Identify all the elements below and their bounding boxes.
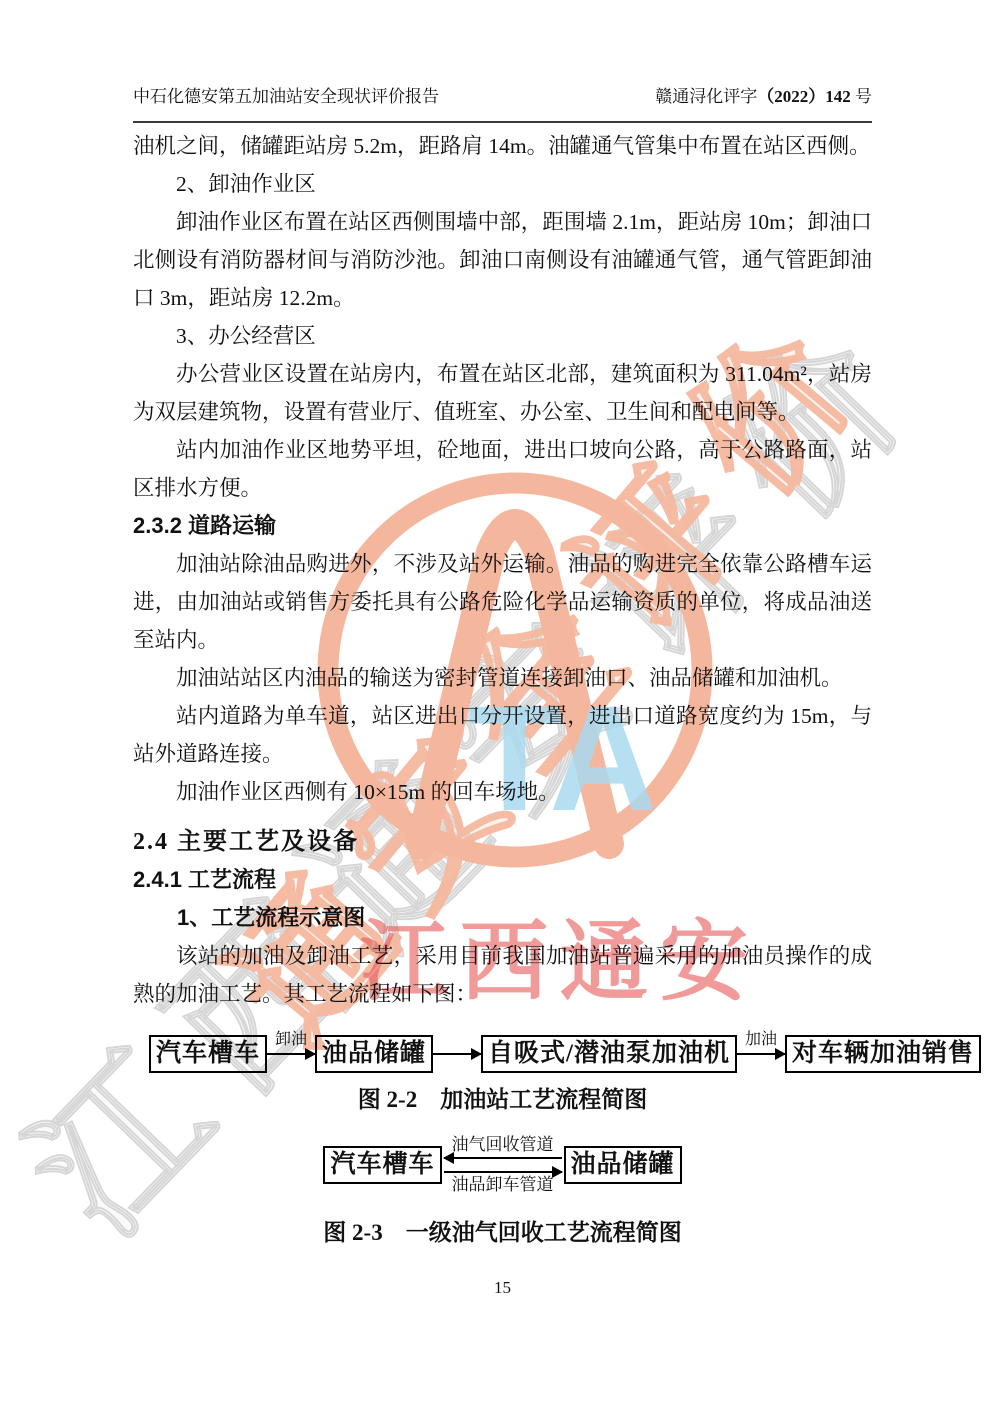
- arrow-right-icon: [267, 1053, 315, 1055]
- paragraph: 站内道路为单车道，站区进出口分开设置，进出口道路宽度约为 15m，与站外道路连接…: [133, 697, 872, 773]
- figure-2-3-caption: 图 2-3 一级油气回收工艺流程简图: [133, 1218, 872, 1248]
- figure-2-2-caption: 图 2-2 加油站工艺流程简图: [133, 1085, 872, 1115]
- paragraph: 2、卸油作业区: [133, 165, 872, 203]
- arrow-right-icon: [737, 1053, 785, 1055]
- document-page: 江西通安评价 通安全评价 TA 江西通安 中石化德安第五加油站安全现状评价报告 …: [0, 0, 992, 1403]
- flow-box-dispenser: 自吸式/潜油泵加油机: [481, 1035, 737, 1073]
- arrow-right-icon: [433, 1053, 481, 1055]
- header-left-title: 中石化德安第五加油站安全现状评价报告: [133, 86, 439, 108]
- flow-arrow-refuel: 加油: [737, 1036, 785, 1072]
- page-header: 中石化德安第五加油站安全现状评价报告 赣通浔化评字（2022）142 号: [133, 86, 872, 123]
- flow-box-oil-storage-tank: 油品储罐: [564, 1146, 682, 1184]
- flow-middle-arrows: 油气回收管道 油品卸车管道: [444, 1135, 562, 1194]
- oil-unloading-pipe-label: 油品卸车管道: [452, 1175, 554, 1194]
- docnumber-prefix: 赣通浔化评字: [655, 87, 757, 106]
- paragraph: 加油站站区内油品的输送为密封管道连接卸油口、油品储罐和加油机。: [133, 659, 872, 697]
- flowchart-fueling-process: 汽车槽车 卸油 油品储罐 自吸式/潜油泵加油机 加油 对车辆加油销售: [149, 1035, 872, 1073]
- paragraph: 办公营业区设置在站房内，布置在站区北部，建筑面积为 311.04m²，站房为双层…: [133, 355, 872, 431]
- document-body: 油机之间，储罐距站房 5.2m，距路肩 14m。油罐通气管集中布置在站区西侧。2…: [133, 127, 872, 1013]
- page-number: 15: [133, 1278, 872, 1298]
- flowchart-vapor-recovery: 汽车槽车 油气回收管道 油品卸车管道 油品储罐: [133, 1135, 872, 1194]
- section-heading: 1、工艺流程示意图: [133, 899, 872, 937]
- docnumber-bold: （2022）142: [757, 87, 851, 106]
- arrow-left-icon: [444, 1157, 562, 1159]
- flow-arrow-label: 卸油: [275, 1032, 307, 1048]
- paragraph: 加油站除油品购进外，不涉及站外运输。油品的购进完全依靠公路槽车运进，由加油站或销…: [133, 545, 872, 659]
- paragraph: 加油作业区西侧有 10×15m 的回车场地。: [133, 773, 872, 811]
- flow-arrow-unload: 卸油: [267, 1036, 315, 1072]
- flow-arrow-plain: [433, 1036, 481, 1072]
- arrow-right-icon: [444, 1171, 562, 1173]
- vapor-recovery-pipe-label: 油气回收管道: [452, 1135, 554, 1154]
- header-right-docnumber: 赣通浔化评字（2022）142 号: [655, 86, 872, 108]
- section-heading: 2.4.1 工艺流程: [133, 861, 872, 899]
- paragraph: 油机之间，储罐距站房 5.2m，距路肩 14m。油罐通气管集中布置在站区西侧。: [133, 127, 872, 165]
- paragraph: 该站的加油及卸油工艺，采用目前我国加油站普遍采用的加油员操作的成熟的加油工艺。其…: [133, 937, 872, 1013]
- flow-box-oil-storage-tank: 油品储罐: [315, 1035, 433, 1073]
- paragraph: 站内加油作业区地势平坦，砼地面，进出口坡向公路，高于公路路面，站区排水方便。: [133, 431, 872, 507]
- flow-box-vehicle-sales: 对车辆加油销售: [785, 1035, 981, 1073]
- flow-arrow-label: 加油: [745, 1032, 777, 1048]
- docnumber-suffix: 号: [851, 87, 872, 106]
- page-inner: 中石化德安第五加油站安全现状评价报告 赣通浔化评字（2022）142 号 油机之…: [0, 0, 992, 1298]
- paragraph: 3、办公经营区: [133, 317, 872, 355]
- section-heading: 2.4 主要工艺及设备: [133, 823, 872, 861]
- section-heading: 2.3.2 道路运输: [133, 507, 872, 545]
- flow-box-tanker-truck: 汽车槽车: [149, 1035, 267, 1073]
- flow-box-tanker-truck: 汽车槽车: [323, 1146, 441, 1184]
- paragraph: 卸油作业区布置在站区西侧围墙中部，距围墙 2.1m，距站房 10m；卸油口北侧设…: [133, 203, 872, 317]
